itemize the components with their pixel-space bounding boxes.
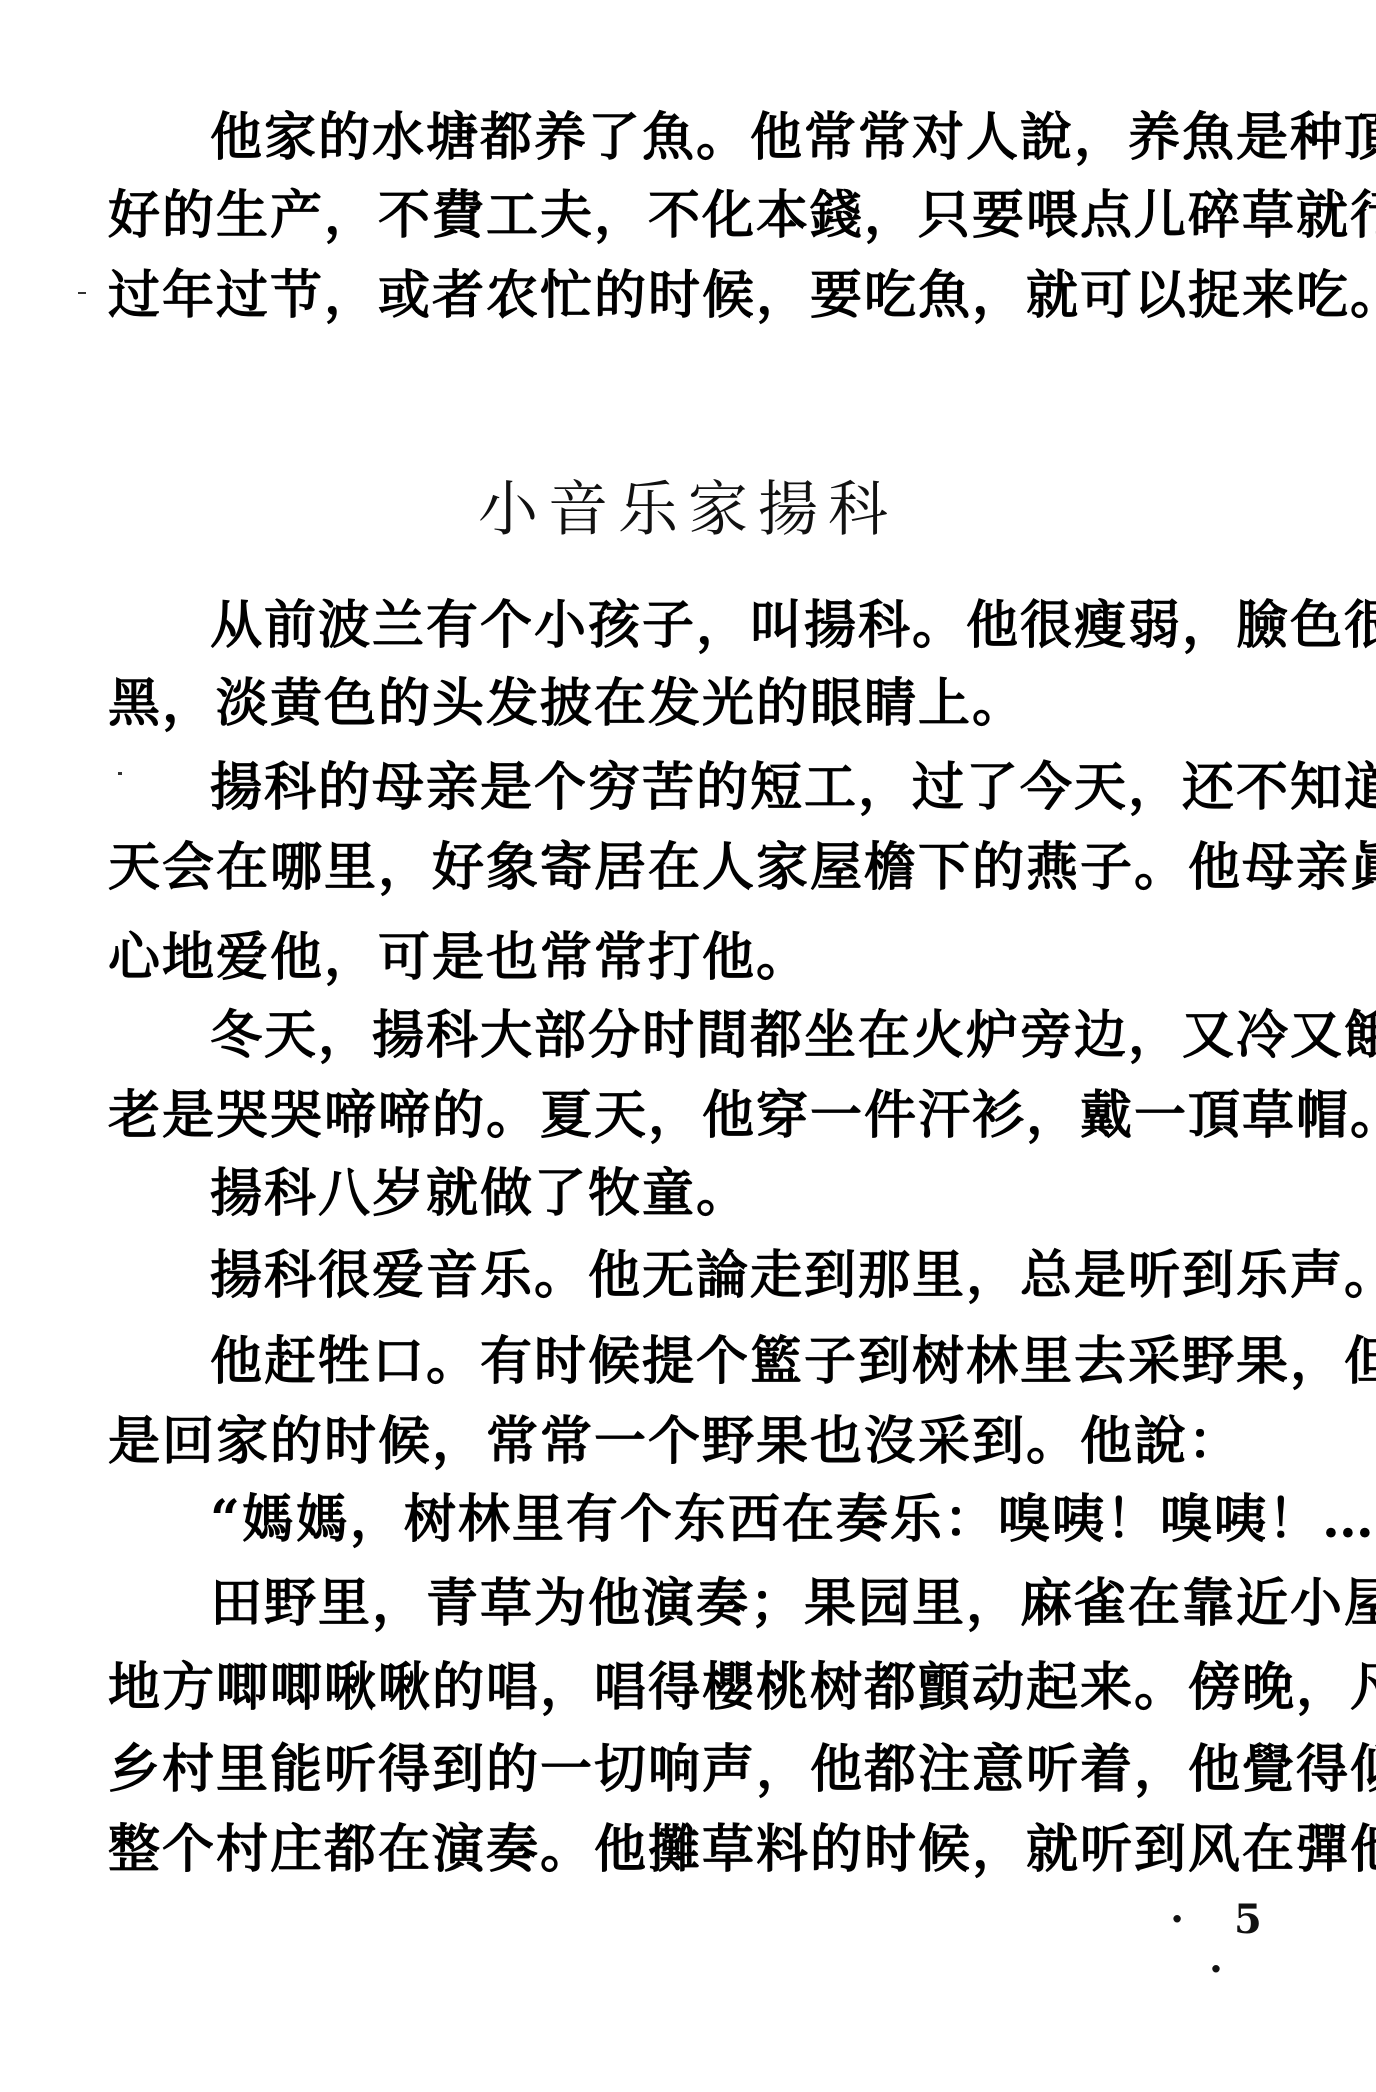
text-line: 揚科很爱音乐。他无論走到那里，总是听到乐声。 <box>210 1246 1300 1306</box>
text-line: 天会在哪里，好象寄居在人家屋檐下的燕子。他母亲眞 <box>108 838 1300 898</box>
text-line: 冬天，揚科大部分时間都坐在火炉旁边，又冷又餓， <box>210 1006 1300 1066</box>
text-line: 老是哭哭啼啼的。夏天，他穿一件汗衫，戴一頂草帽。 <box>108 1086 1300 1146</box>
book-page: 他家的水塘都养了魚。他常常对人說，养魚是种頂 好的生产，不費工夫，不化本錢，只要… <box>0 0 1376 2092</box>
text-line: 整个村庄都在演奏。他攤草料的时候，就听到风在彈他 <box>108 1820 1300 1880</box>
text-line: 田野里，青草为他演奏；果园里，麻雀在靠近小屋的 <box>210 1574 1300 1634</box>
text-line: 他赶牲口。有时候提个籃子到树林里去采野果，但 <box>210 1332 1300 1392</box>
text-line: 揚科八岁就做了牧童。 <box>210 1164 1300 1224</box>
text-line: 好的生产，不費工夫，不化本錢，只要喂点儿碎草就行了。 <box>108 186 1300 246</box>
text-line: 揚科的母亲是个穷苦的短工，过了今天，还不知道明 <box>210 758 1300 818</box>
page-number: · 5 · <box>1150 1895 1300 1945</box>
text-line: 黑，淡黄色的头发披在发光的眼睛上。 <box>108 674 1300 734</box>
section-title: 小音乐家揚科 <box>0 470 1376 550</box>
text-line: 过年过节，或者农忙的时候，要吃魚，就可以捉来吃。 <box>108 266 1300 326</box>
text-line: 地方唧唧啾啾的唱，唱得櫻桃树都顫动起来。傍晚，凡是 <box>108 1658 1300 1718</box>
text-line: “媽媽，树林里有个东西在奏乐：嗅咦！嗅咦！……” <box>210 1490 1300 1550</box>
scan-speck <box>78 292 86 294</box>
text-line: 是回家的时候，常常一个野果也沒采到。他說： <box>108 1412 1300 1472</box>
text-line: 心地爱他，可是也常常打他。 <box>108 928 1300 988</box>
text-line: 从前波兰有个小孩子，叫揚科。他很瘦弱，臉色很 <box>210 596 1300 656</box>
scan-speck <box>118 772 122 775</box>
text-line: 他家的水塘都养了魚。他常常对人說，养魚是种頂 <box>210 108 1300 168</box>
text-line: 乡村里能听得到的一切响声，他都注意听着，他覺得似乎 <box>108 1740 1300 1800</box>
